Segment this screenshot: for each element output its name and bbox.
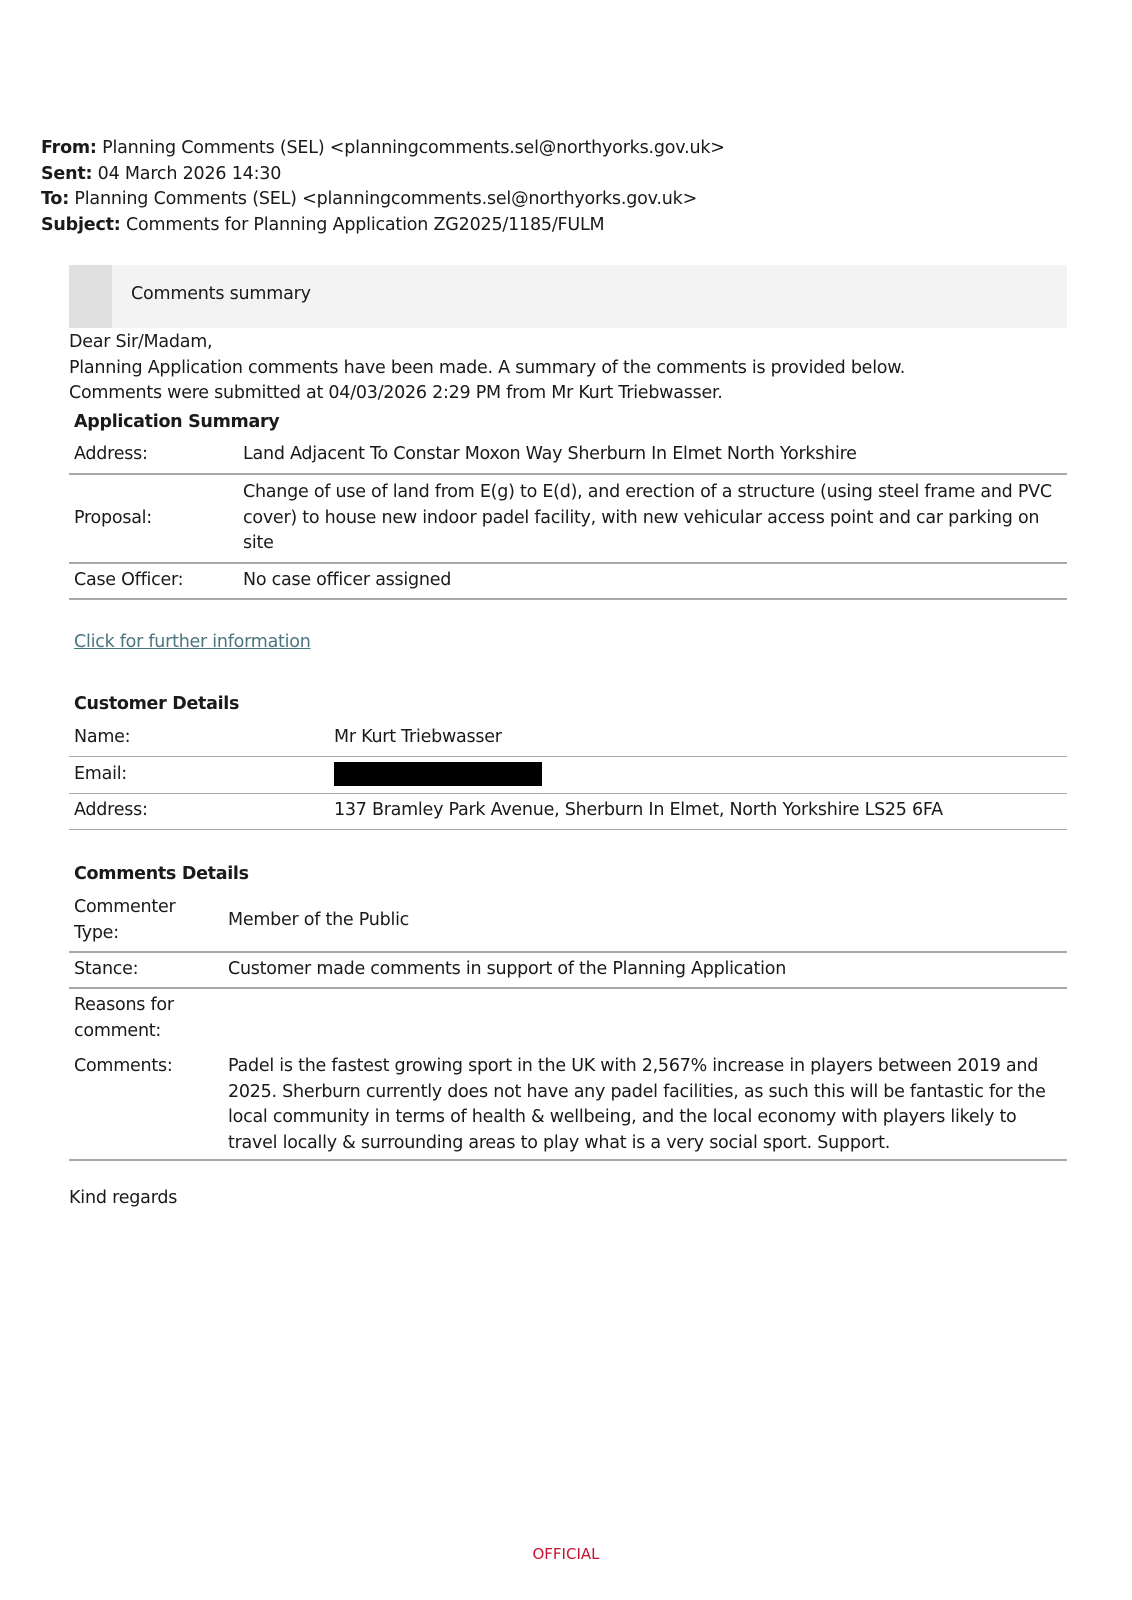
row-label: Reasons for comment: bbox=[69, 988, 223, 1048]
table-row: Proposal: Change of use of land from E(g… bbox=[69, 474, 1067, 563]
row-value: Padel is the fastest growing sport in th… bbox=[223, 1048, 1067, 1160]
to-line: To: Planning Comments (SEL) <planningcom… bbox=[41, 187, 725, 213]
table-row: Email: bbox=[69, 756, 1067, 793]
row-value: Member of the Public bbox=[223, 890, 1067, 952]
greeting: Dear Sir/Madam, bbox=[69, 330, 905, 356]
row-label: Stance: bbox=[69, 952, 223, 988]
classification-label: OFFICIAL bbox=[0, 1545, 1132, 1563]
table-row: Comments: Padel is the fastest growing s… bbox=[69, 1048, 1067, 1160]
comments-summary-banner: Comments summary bbox=[69, 265, 1067, 328]
row-value bbox=[329, 756, 1067, 793]
customer-details-table: Name: Mr Kurt Triebwasser Email: Address… bbox=[69, 720, 1067, 830]
row-label: Commenter Type: bbox=[69, 890, 223, 952]
comments-details-table: Commenter Type: Member of the Public Sta… bbox=[69, 890, 1067, 1161]
comments-details-heading: Comments Details bbox=[74, 864, 249, 884]
row-value bbox=[223, 988, 1067, 1048]
further-information-link[interactable]: Click for further information bbox=[74, 632, 311, 652]
row-label: Proposal: bbox=[69, 474, 238, 563]
row-value: Customer made comments in support of the… bbox=[223, 952, 1067, 988]
row-label: Address: bbox=[69, 437, 238, 474]
application-summary-heading: Application Summary bbox=[74, 412, 279, 432]
table-row: Stance: Customer made comments in suppor… bbox=[69, 952, 1067, 988]
row-label: Email: bbox=[69, 756, 329, 793]
row-value: 137 Bramley Park Avenue, Sherburn In Elm… bbox=[329, 793, 1067, 829]
row-label: Case Officer: bbox=[69, 563, 238, 599]
table-row: Case Officer: No case officer assigned bbox=[69, 563, 1067, 599]
row-label: Address: bbox=[69, 793, 329, 829]
sent-value: 04 March 2026 14:30 bbox=[98, 164, 281, 184]
sign-off: Kind regards bbox=[69, 1188, 177, 1208]
row-value: Change of use of land from E(g) to E(d),… bbox=[238, 474, 1067, 563]
email-header: From: Planning Comments (SEL) <planningc… bbox=[41, 136, 725, 238]
row-label: Name: bbox=[69, 720, 329, 756]
intro-line-2: Comments were submitted at 04/03/2026 2:… bbox=[69, 381, 905, 407]
to-value: Planning Comments (SEL) <planningcomment… bbox=[74, 189, 697, 209]
subject-value: Comments for Planning Application ZG2025… bbox=[126, 215, 604, 235]
intro-line-1: Planning Application comments have been … bbox=[69, 356, 905, 382]
row-value: Land Adjacent To Constar Moxon Way Sherb… bbox=[238, 437, 1067, 474]
application-summary-table: Address: Land Adjacent To Constar Moxon … bbox=[69, 437, 1067, 600]
subject-line: Subject: Comments for Planning Applicati… bbox=[41, 213, 725, 239]
row-label: Comments: bbox=[69, 1048, 223, 1160]
banner-title: Comments summary bbox=[131, 284, 311, 304]
sent-line: Sent: 04 March 2026 14:30 bbox=[41, 162, 725, 188]
customer-details-heading: Customer Details bbox=[74, 694, 239, 714]
banner-accent bbox=[69, 265, 112, 328]
redacted-email bbox=[334, 762, 542, 786]
from-line: From: Planning Comments (SEL) <planningc… bbox=[41, 136, 725, 162]
row-value: Mr Kurt Triebwasser bbox=[329, 720, 1067, 756]
table-row: Name: Mr Kurt Triebwasser bbox=[69, 720, 1067, 756]
row-value: No case officer assigned bbox=[238, 563, 1067, 599]
table-row: Commenter Type: Member of the Public bbox=[69, 890, 1067, 952]
intro-text: Dear Sir/Madam, Planning Application com… bbox=[69, 330, 905, 407]
table-row: Address: 137 Bramley Park Avenue, Sherbu… bbox=[69, 793, 1067, 829]
from-value: Planning Comments (SEL) <planningcomment… bbox=[102, 138, 725, 158]
table-row: Reasons for comment: bbox=[69, 988, 1067, 1048]
table-row: Address: Land Adjacent To Constar Moxon … bbox=[69, 437, 1067, 474]
